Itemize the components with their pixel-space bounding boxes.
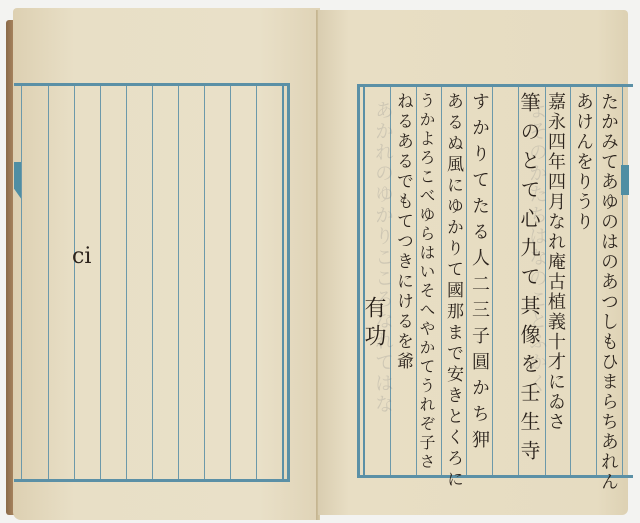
signature: 有功 xyxy=(358,296,389,352)
left-page-frame xyxy=(14,83,290,482)
right-page-tab xyxy=(621,165,629,195)
text-column-2: あけんをりうり xyxy=(572,92,594,232)
rule-line xyxy=(178,86,179,479)
bleed-through-text: あかれのゆかりこころなれてはな xyxy=(372,100,394,415)
rule-line xyxy=(74,86,75,479)
rule-line xyxy=(570,87,571,475)
text-column-7: うかよろこべゆらはいそへやかてうれぞ子さ xyxy=(415,92,437,472)
text-column-1: たかみてあゆのはのあつしもひまらちあれん xyxy=(598,92,618,492)
rule-line xyxy=(596,87,597,475)
text-column-5: すかりてたる人二三子圓かち狎 xyxy=(468,92,490,456)
rule-line xyxy=(256,86,257,479)
rule-line xyxy=(230,86,231,479)
rule-line xyxy=(622,87,623,475)
text-column-4: 筆のとて心九て其像を壬生寺 xyxy=(518,92,540,469)
rule-line xyxy=(466,87,467,475)
text-column-6: あるぬ風にゆかりて國那まで安きとくろに xyxy=(442,92,464,491)
rule-line xyxy=(21,86,22,479)
rule-line xyxy=(282,86,284,479)
left-page-mark: ci xyxy=(72,244,91,269)
rule-line xyxy=(363,87,365,475)
rule-line xyxy=(48,86,49,479)
text-column-3: 嘉永四年四月なれ庵古植義十才にゐさ xyxy=(546,92,565,432)
rule-line xyxy=(126,86,127,479)
rule-line xyxy=(492,87,493,475)
rule-line xyxy=(152,86,153,479)
text-column-8: ねるあるでもてつきにけるを爺 xyxy=(392,92,414,372)
rule-line xyxy=(100,86,101,479)
rule-line xyxy=(204,86,205,479)
